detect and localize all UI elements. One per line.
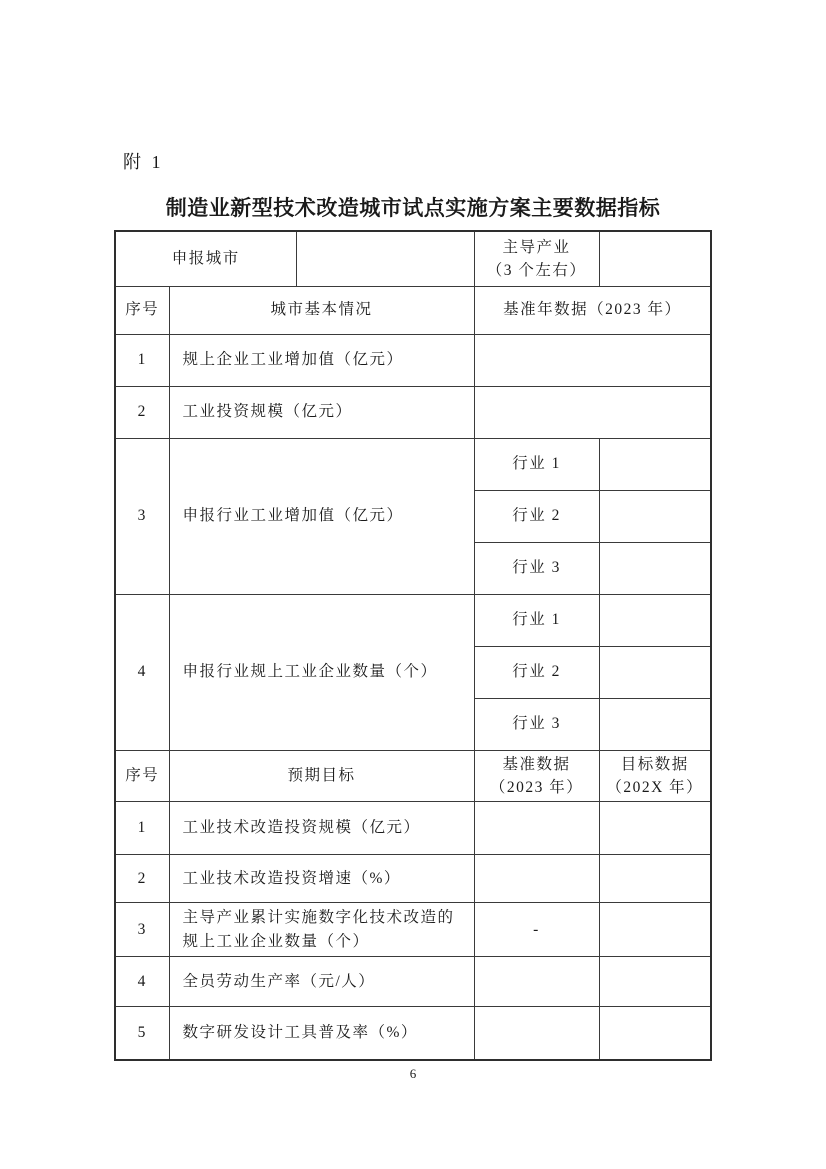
- document-page: 附 1 制造业新型技术改造城市试点实施方案主要数据指标 申报城市 主导产业 （3…: [0, 0, 826, 1169]
- row-value-cell: [474, 386, 711, 438]
- row-no-cell: 4: [115, 594, 169, 750]
- row-label-cell: 工业投资规模（亿元）: [169, 386, 474, 438]
- row-label-cell: 申报行业工业增加值（亿元）: [169, 438, 474, 594]
- row-no-cell: 3: [115, 903, 169, 957]
- industry-label-cell: 行业 3: [474, 698, 599, 750]
- row-target-cell: [599, 1007, 711, 1060]
- row-label-cell: 数字研发设计工具普及率（%）: [169, 1007, 474, 1060]
- row-no-cell: 1: [115, 802, 169, 855]
- s1-header-label-cell: 城市基本情况: [169, 286, 474, 334]
- table-row: 1 规上企业工业增加值（亿元）: [115, 334, 711, 386]
- industry-value-cell: [599, 698, 711, 750]
- row-label-cell: 规上企业工业增加值（亿元）: [169, 334, 474, 386]
- s1-header-data-cell: 基准年数据（2023 年）: [474, 286, 711, 334]
- industry-label-cell: 行业 2: [474, 646, 599, 698]
- table-row: 3 主导产业累计实施数字化技术改造的规上工业企业数量（个） -: [115, 903, 711, 957]
- declare-city-value-cell: [296, 231, 474, 286]
- declare-city-label-cell: 申报城市: [115, 231, 296, 286]
- row-label-cell: 全员劳动生产率（元/人）: [169, 957, 474, 1007]
- s2-header-no-cell: 序号: [115, 750, 169, 802]
- attachment-label: 附 1: [123, 148, 164, 174]
- indicator-table: 申报城市 主导产业 （3 个左右） 序号 城市基本情况 基准年数据（2023 年…: [114, 230, 712, 1061]
- row-label-cell: 工业技术改造投资规模（亿元）: [169, 802, 474, 855]
- row-target-cell: [599, 903, 711, 957]
- row-base-cell: [474, 1007, 599, 1060]
- row-no-cell: 2: [115, 386, 169, 438]
- table-row: 2 工业投资规模（亿元）: [115, 386, 711, 438]
- industry-value-cell: [599, 646, 711, 698]
- row-target-cell: [599, 855, 711, 903]
- s2-header-label-cell: 预期目标: [169, 750, 474, 802]
- row-base-cell: [474, 855, 599, 903]
- row-target-cell: [599, 802, 711, 855]
- table-row: 1 工业技术改造投资规模（亿元）: [115, 802, 711, 855]
- table-row: 4 申报行业规上工业企业数量（个） 行业 1: [115, 594, 711, 646]
- row-no-cell: 4: [115, 957, 169, 1007]
- section1-header-row: 序号 城市基本情况 基准年数据（2023 年）: [115, 286, 711, 334]
- section2-header-row: 序号 预期目标 基准数据 （2023 年） 目标数据 （202X 年）: [115, 750, 711, 802]
- row-label-cell: 工业技术改造投资增速（%）: [169, 855, 474, 903]
- row-target-cell: [599, 957, 711, 1007]
- leading-industry-value-cell: [599, 231, 711, 286]
- row-no-cell: 3: [115, 438, 169, 594]
- industry-value-cell: [599, 490, 711, 542]
- row-no-cell: 5: [115, 1007, 169, 1060]
- row-value-cell: [474, 334, 711, 386]
- row-label-cell: 主导产业累计实施数字化技术改造的规上工业企业数量（个）: [169, 903, 474, 957]
- industry-label-cell: 行业 1: [474, 594, 599, 646]
- s2-header-base-cell: 基准数据 （2023 年）: [474, 750, 599, 802]
- row-base-cell: -: [474, 903, 599, 957]
- s2-header-target-cell: 目标数据 （202X 年）: [599, 750, 711, 802]
- table-row: 4 全员劳动生产率（元/人）: [115, 957, 711, 1007]
- page-number: 6: [0, 1066, 826, 1082]
- row-base-cell: [474, 802, 599, 855]
- industry-label-cell: 行业 1: [474, 438, 599, 490]
- industry-value-cell: [599, 594, 711, 646]
- table-row: 2 工业技术改造投资增速（%）: [115, 855, 711, 903]
- industry-label-cell: 行业 3: [474, 542, 599, 594]
- table-row: 3 申报行业工业增加值（亿元） 行业 1: [115, 438, 711, 490]
- row-base-cell: [474, 957, 599, 1007]
- s1-header-no-cell: 序号: [115, 286, 169, 334]
- industry-value-cell: [599, 542, 711, 594]
- table-row-city: 申报城市 主导产业 （3 个左右）: [115, 231, 711, 286]
- industry-label-cell: 行业 2: [474, 490, 599, 542]
- row-label-cell: 申报行业规上工业企业数量（个）: [169, 594, 474, 750]
- row-no-cell: 1: [115, 334, 169, 386]
- leading-industry-label-cell: 主导产业 （3 个左右）: [474, 231, 599, 286]
- page-title: 制造业新型技术改造城市试点实施方案主要数据指标: [0, 192, 826, 222]
- table-row: 5 数字研发设计工具普及率（%）: [115, 1007, 711, 1060]
- row-no-cell: 2: [115, 855, 169, 903]
- industry-value-cell: [599, 438, 711, 490]
